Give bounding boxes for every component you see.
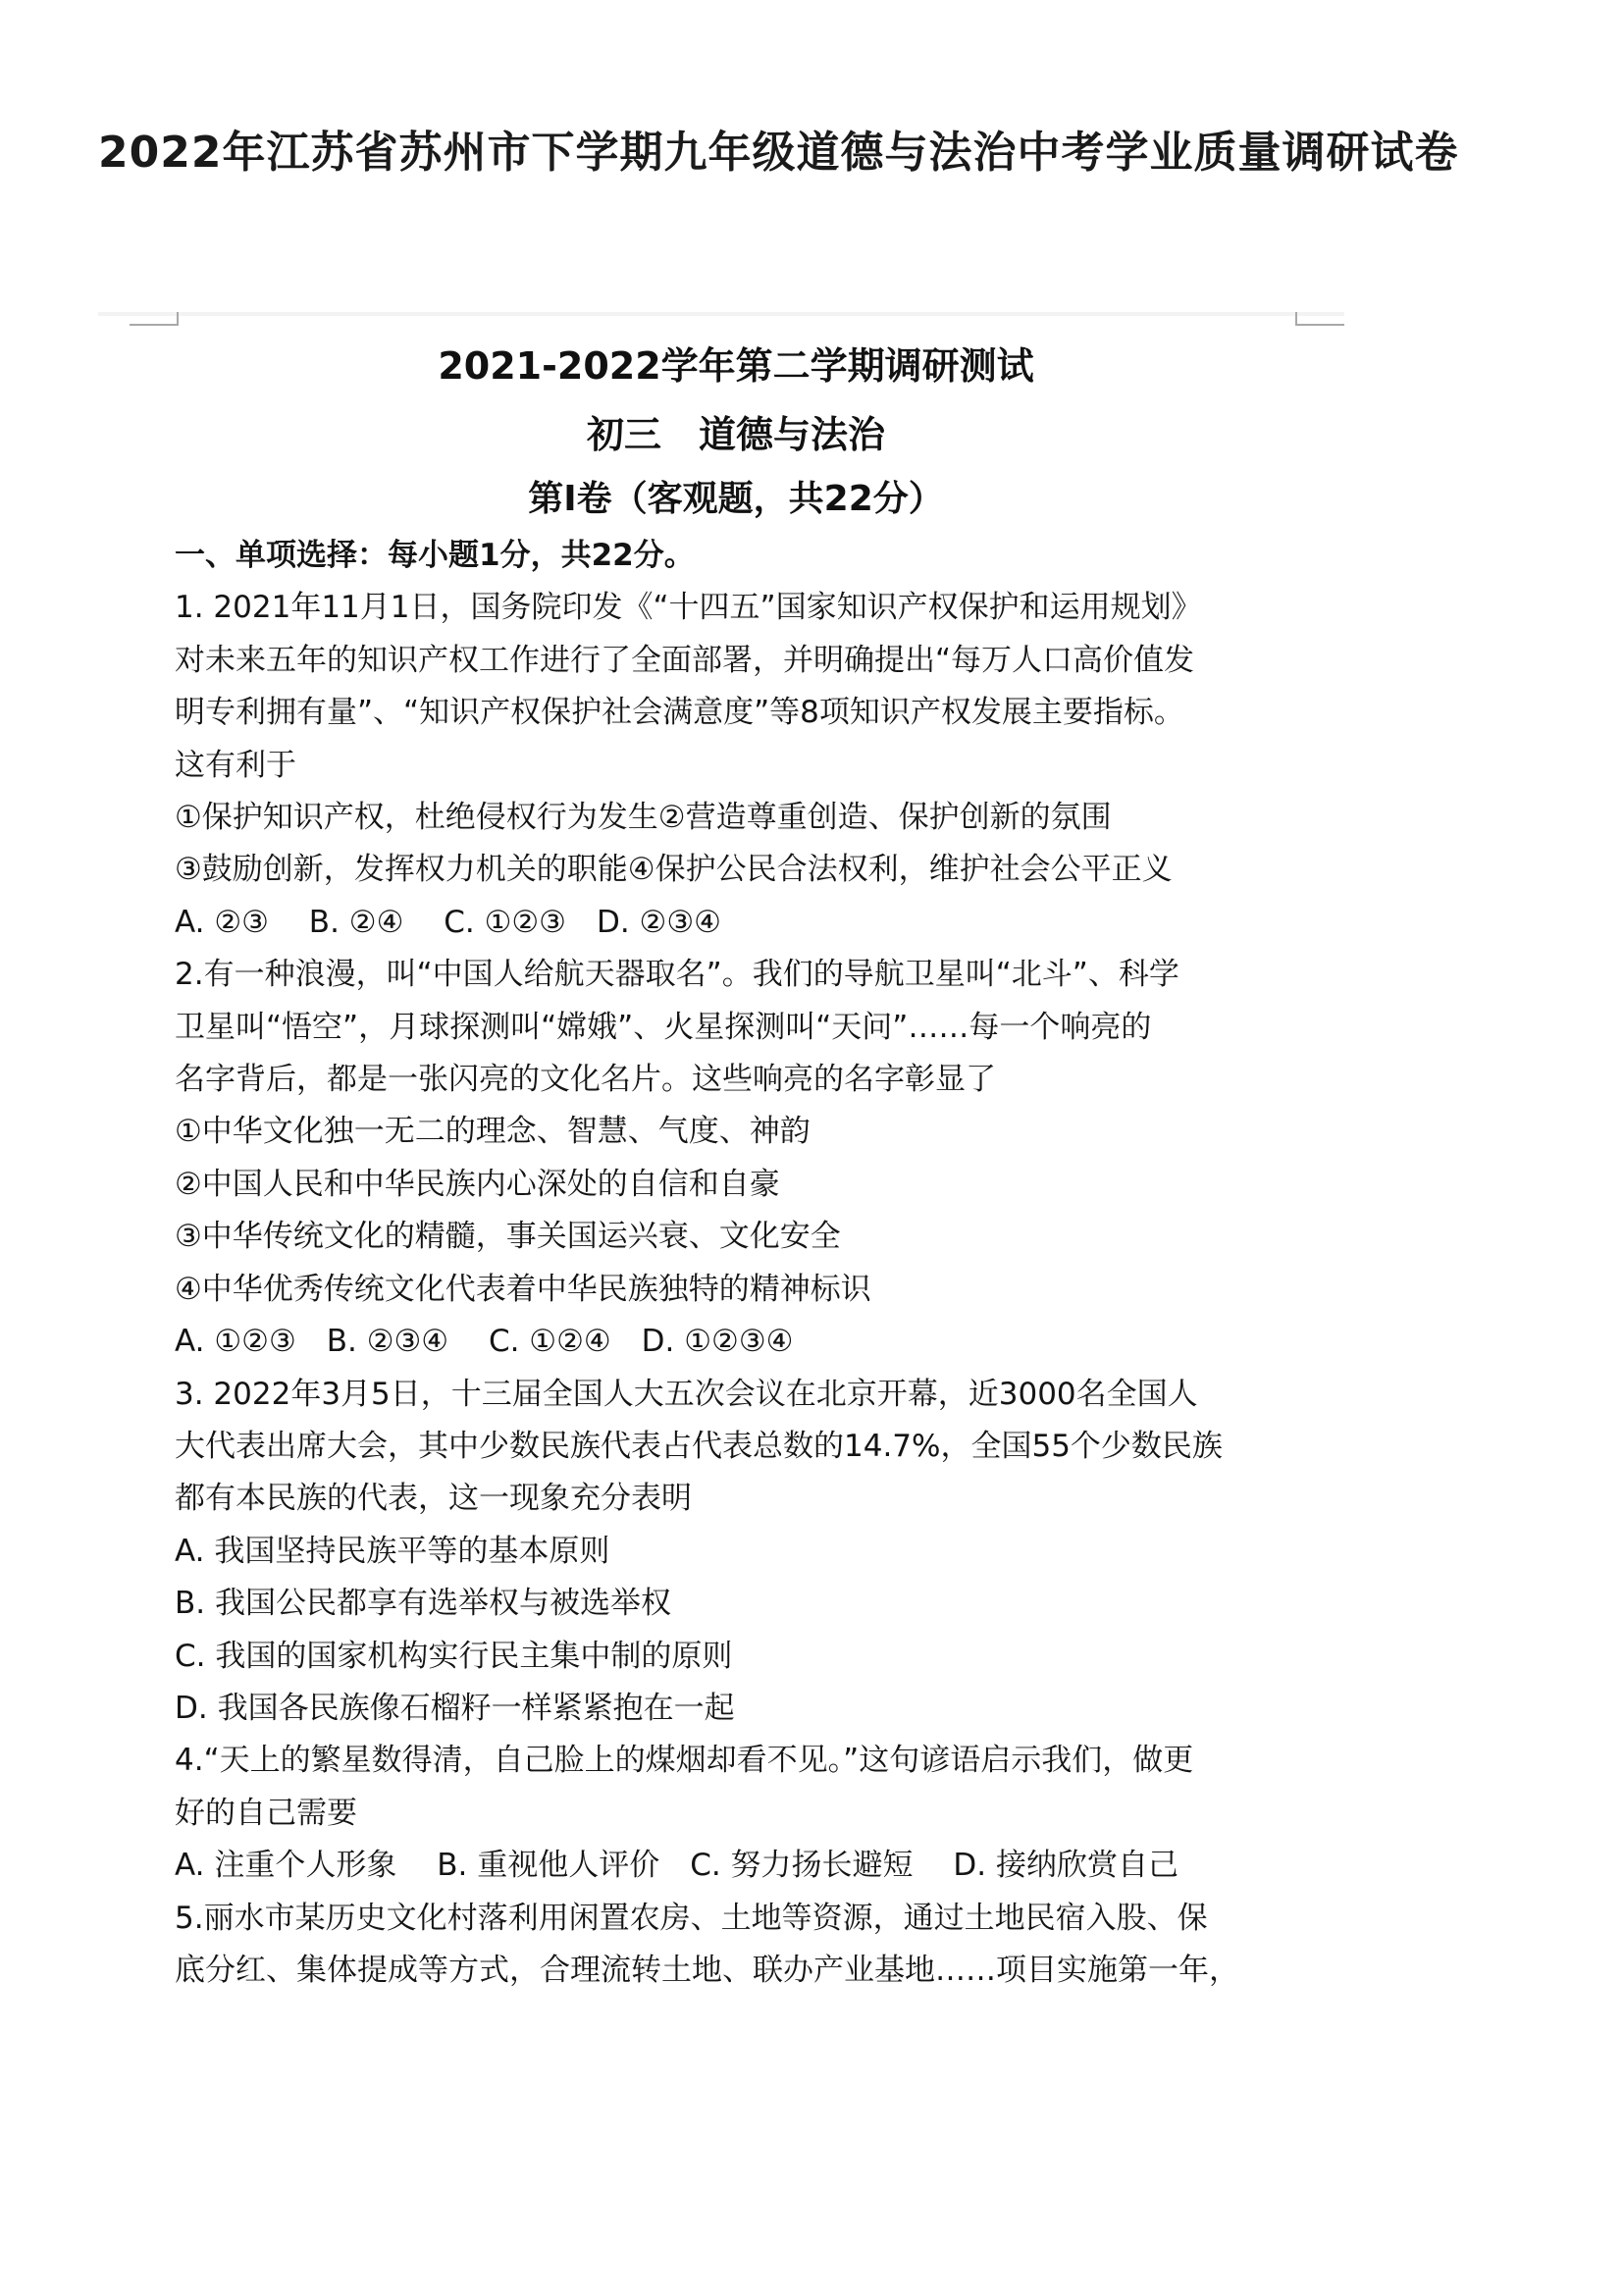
answer-choice-d: D. 我国各民族像石榴籽一样紧紧抱在一起 xyxy=(175,1683,1333,1735)
document-title: 2022年江苏省苏州市下学期九年级道德与法治中考学业质量调研试卷 xyxy=(98,108,1531,198)
question-text-line: 好的自己需要 xyxy=(175,1788,1333,1840)
question-text-line: 卫星叫“悟空”，月球探测叫“嫦娥”、火星探测叫“天问”……每一个响亮的 xyxy=(175,1002,1333,1054)
question-5: 5.丽水市某历史文化村落利用闲置农房、土地等资源，通过土地民宿入股、保 底分红、… xyxy=(175,1893,1333,1998)
question-text-line: 4.“天上的繁星数得清，自己脸上的煤烟却看不见。”这句谚语启示我们，做更 xyxy=(175,1735,1333,1787)
statement-line: ②中国人民和中华民族内心深处的自信和自豪 xyxy=(175,1159,1333,1211)
question-1: 1. 2021年11月1日，国务院印发《“十四五”国家知识产权保护和运用规划》 … xyxy=(175,582,1333,949)
question-text-line: 名字背后，都是一张闪亮的文化名片。这些响亮的名字彰显了 xyxy=(175,1054,1333,1106)
answer-choice-a: A. 我国坚持民族平等的基本原则 xyxy=(175,1526,1333,1578)
section-heading: 一、单项选择：每小题1分，共22分。 xyxy=(175,530,1333,582)
answer-options: A. ②③ B. ②④ C. ①②③ D. ②③④ xyxy=(175,897,1333,949)
question-3: 3. 2022年3月5日，十三届全国人大五次会议在北京开幕，近3000名全国人 … xyxy=(175,1369,1333,1736)
exam-subject: 初三 道德与法治 xyxy=(98,404,1374,458)
exam-content: 一、单项选择：每小题1分，共22分。 1. 2021年11月1日，国务院印发《“… xyxy=(175,530,1333,1997)
answer-options: A. ①②③ B. ②③④ C. ①②④ D. ①②③④ xyxy=(175,1316,1333,1368)
exam-part-heading: 第Ⅰ卷（客观题，共22分） xyxy=(98,471,1374,521)
question-text-line: 底分红、集体提成等方式，合理流转土地、联办产业基地……项目实施第一年， xyxy=(175,1945,1333,1997)
question-text-line: 都有本民族的代表，这一现象充分表明 xyxy=(175,1473,1333,1525)
answer-options: A. 注重个人形象 B. 重视他人评价 C. 努力扬长避短 D. 接纳欣赏自己 xyxy=(175,1840,1333,1892)
margin-corner-mark-left xyxy=(130,312,179,326)
question-text-line: 3. 2022年3月5日，十三届全国人大五次会议在北京开幕，近3000名全国人 xyxy=(175,1369,1333,1421)
question-2: 2.有一种浪漫，叫“中国人给航天器取名”。我们的导航卫星叫“北斗”、科学 卫星叫… xyxy=(175,949,1333,1368)
answer-choice-b: B. 我国公民都享有选举权与被选举权 xyxy=(175,1578,1333,1630)
question-text-line: 这有利于 xyxy=(175,740,1333,792)
question-text-line: 1. 2021年11月1日，国务院印发《“十四五”国家知识产权保护和运用规划》 xyxy=(175,582,1333,634)
question-text-line: 2.有一种浪漫，叫“中国人给航天器取名”。我们的导航卫星叫“北斗”、科学 xyxy=(175,949,1333,1001)
question-text-line: 对未来五年的知识产权工作进行了全面部署，并明确提出“每万人口高价值发 xyxy=(175,635,1333,687)
page-top-edge xyxy=(98,312,1344,316)
statement-line: ①中华文化独一无二的理念、智慧、气度、神韵 xyxy=(175,1106,1333,1158)
statement-line: ①保护知识产权，杜绝侵权行为发生②营造尊重创造、保护创新的氛围 xyxy=(175,792,1333,844)
question-text-line: 明专利拥有量”、“知识产权保护社会满意度”等8项知识产权发展主要指标。 xyxy=(175,687,1333,739)
statement-line: ④中华优秀传统文化代表着中华民族独特的精神标识 xyxy=(175,1264,1333,1316)
question-4: 4.“天上的繁星数得清，自己脸上的煤烟却看不见。”这句谚语启示我们，做更 好的自… xyxy=(175,1735,1333,1892)
statement-line: ③鼓励创新，发挥权力机关的职能④保护公民合法权利，维护社会公平正义 xyxy=(175,844,1333,896)
question-text-line: 5.丽水市某历史文化村落利用闲置农房、土地等资源，通过土地民宿入股、保 xyxy=(175,1893,1333,1945)
statement-line: ③中华传统文化的精髓，事关国运兴衰、文化安全 xyxy=(175,1211,1333,1263)
answer-choice-c: C. 我国的国家机构实行民主集中制的原则 xyxy=(175,1631,1333,1683)
question-text-line: 大代表出席大会，其中少数民族代表占代表总数的14.7%，全国55个少数民族 xyxy=(175,1421,1333,1473)
margin-corner-mark-right xyxy=(1295,312,1344,326)
exam-title: 2021-2022学年第二学期调研测试 xyxy=(98,336,1374,390)
